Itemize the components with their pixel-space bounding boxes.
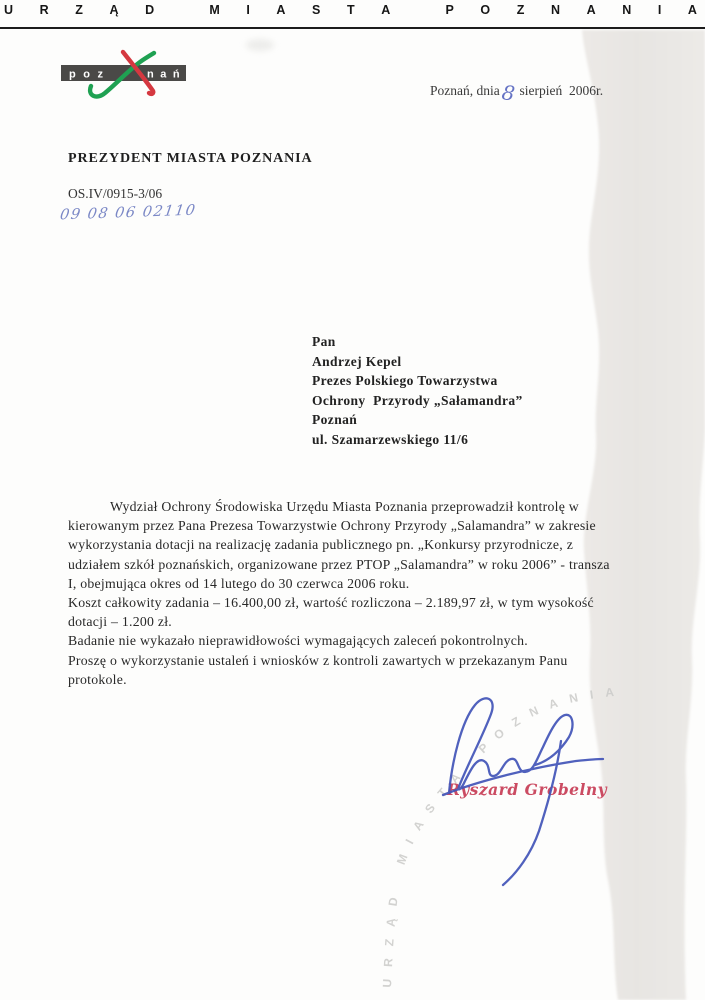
letterhead-rule — [0, 27, 705, 29]
date-suffix: sierpień 2006r. — [519, 83, 603, 98]
header-letter: I — [246, 3, 249, 17]
header-letter: Z — [75, 3, 83, 17]
header-letter: U — [4, 3, 13, 17]
header-letter: M — [209, 3, 219, 17]
recipient-line: Andrzej Kepel — [312, 352, 523, 372]
watermark-text: URZĄD MIASTA POZNANIA — [380, 684, 627, 988]
body-line: Proszę o wykorzystanie ustaleń i wnioskó… — [68, 651, 668, 670]
body-line: Koszt całkowity zadania – 16.400,00 zł, … — [68, 593, 668, 612]
header-letter: T — [347, 3, 355, 17]
header-letter: S — [312, 3, 320, 17]
body-line: Badanie nie wykazało nieprawidłowości wy… — [68, 631, 668, 650]
date-line: Poznań, dnia8sierpień 2006r. — [430, 83, 603, 99]
header-letter: Ą — [109, 3, 118, 17]
header-letter: P — [445, 3, 453, 17]
header-letter: A — [276, 3, 285, 17]
body-line: kierowanym przez Pana Prezesa Towarzystw… — [68, 516, 668, 535]
signer-name: Ryszard Grobelny — [447, 780, 607, 799]
logo-text-right: nań — [147, 69, 186, 81]
letter-body: Wydział Ochrony Środowiska Urzędu Miasta… — [68, 497, 668, 689]
reference-number: OS.IV/0915-3/06 — [68, 186, 162, 202]
recipient-line: Ochrony Przyrody „Sałamandra” — [312, 391, 523, 411]
handwritten-registry-number: 09 08 06 02110 — [59, 203, 197, 224]
letterhead-title: URZĄDMIASTAPOZNANIA — [4, 3, 697, 19]
body-line: wykorzystania dotacji na realizację zada… — [68, 535, 668, 554]
header-letter: O — [480, 3, 490, 17]
header-letter: D — [145, 3, 154, 17]
body-line: I, obejmująca okres od 14 lutego do 30 c… — [68, 574, 668, 593]
header-letter: A — [381, 3, 390, 17]
date-prefix: Poznań, dnia — [430, 83, 500, 98]
header-letter: Z — [517, 3, 525, 17]
body-line: protokole. — [68, 670, 668, 689]
header-letter: I — [658, 3, 661, 17]
logo-text-left: poz — [69, 69, 110, 81]
poznan-logo: poz nań — [53, 40, 193, 104]
header-letter: N — [551, 3, 560, 17]
recipient-line: Poznań — [312, 410, 523, 430]
header-letter: A — [688, 3, 697, 17]
header-letter: R — [40, 3, 49, 17]
recipient-line: ul. Szamarzewskiego 11/6 — [312, 430, 523, 450]
header-letter: A — [587, 3, 596, 17]
body-line: Wydział Ochrony Środowiska Urzędu Miasta… — [68, 497, 668, 516]
document-page: URZĄD MIASTA POZNANIA URZĄDMIASTAPOZNANI… — [0, 0, 705, 1000]
body-line: udziałem szkół poznańskich, organizowane… — [68, 555, 668, 574]
scan-smudge — [246, 39, 274, 51]
header-letter: N — [622, 3, 631, 17]
sender-title: PREZYDENT MIASTA POZNANIA — [68, 151, 312, 167]
recipient-line: Prezes Polskiego Towarzystwa — [312, 371, 523, 391]
poznan-logo-graphic: poz nań — [53, 40, 193, 104]
recipient-block: PanAndrzej KepelPrezes Polskiego Towarzy… — [312, 332, 523, 449]
recipient-line: Pan — [312, 332, 523, 352]
body-line: dotacji – 1.200 zł. — [68, 612, 668, 631]
handwritten-day: 8 — [501, 87, 515, 99]
